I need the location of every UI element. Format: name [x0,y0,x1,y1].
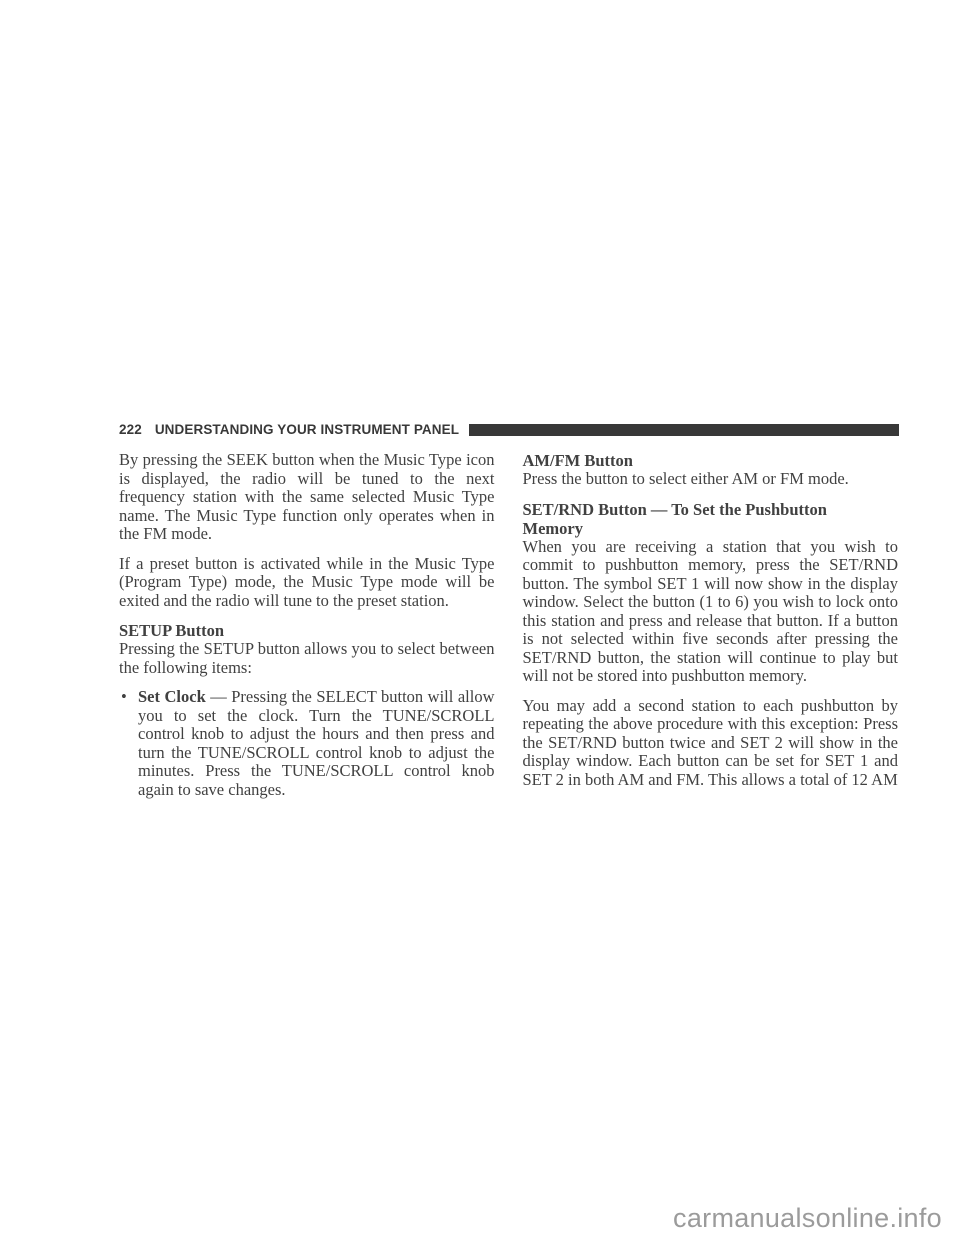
header-rule-bar [469,424,899,436]
paragraph-seek-music-type: By pressing the SEEK button when the Mus… [119,451,495,544]
setup-intro-text: Pressing the SETUP button allows you to … [119,640,495,677]
setrnd-heading-line1: SET/RND Button — To Set the Pushbutton [523,500,899,519]
two-column-body: By pressing the SEEK button when the Mus… [119,451,898,799]
setrnd-paragraph-2: You may add a second station to each pus… [523,697,899,790]
page-number: 222 [119,422,142,437]
setup-items-list: •Set Clock — Pressing the SELECT button … [119,688,495,799]
watermark-text: carmanualsonline.info [673,1203,942,1234]
manual-page: 222 UNDERSTANDING YOUR INSTRUMENT PANEL … [0,0,960,1242]
left-column: By pressing the SEEK button when the Mus… [119,451,495,799]
amfm-button-heading: AM/FM Button [523,451,899,470]
header-title: UNDERSTANDING YOUR INSTRUMENT PANEL [155,422,459,437]
page-header: 222 UNDERSTANDING YOUR INSTRUMENT PANEL [119,422,899,437]
setrnd-paragraph-1: When you are receiving a station that yo… [523,538,899,686]
list-item-set-clock: •Set Clock — Pressing the SELECT button … [119,688,495,799]
amfm-body-text: Press the button to select either AM or … [523,470,899,489]
setrnd-button-heading: SET/RND Button — To Set the Pushbutton M… [523,500,899,538]
right-column: AM/FM Button Press the button to select … [523,451,899,799]
set-clock-term: Set Clock [138,687,206,706]
setup-button-heading: SETUP Button [119,621,495,640]
paragraph-preset-button: If a preset button is activated while in… [119,555,495,611]
bullet-icon: • [121,688,127,707]
setrnd-heading-line2: Memory [523,519,899,538]
